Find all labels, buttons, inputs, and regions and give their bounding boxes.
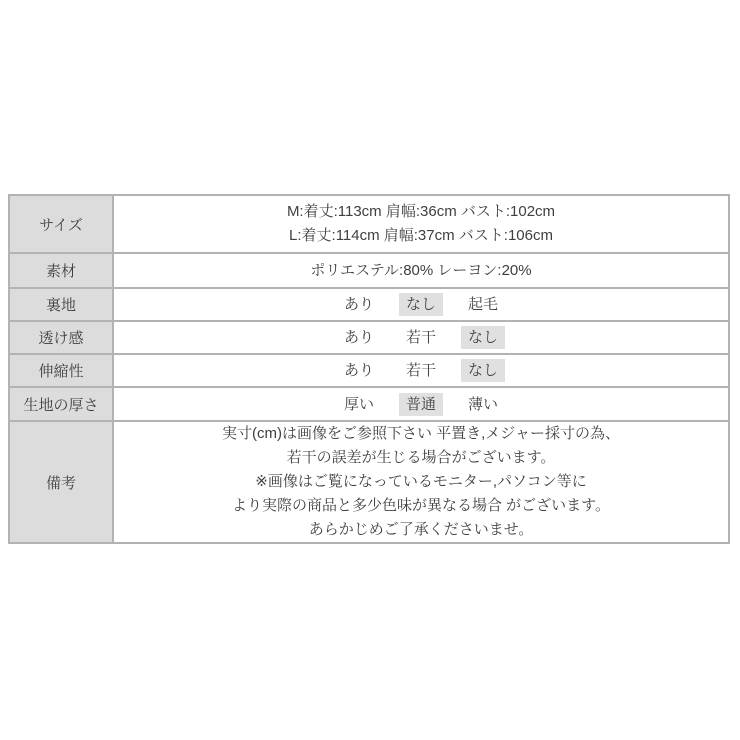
table-row: 裏地 ありなし起毛 [9,288,729,321]
row-label-thickness: 生地の厚さ [9,387,113,421]
row-label-material: 素材 [9,253,113,288]
option-chip: 普通 [399,393,443,416]
size-value-cell: M:着丈:113cm 肩幅:36cm バスト:102cm L:着丈:114cm … [113,195,729,253]
row-label-sheerness: 透け感 [9,321,113,354]
option-chip: あり [337,359,381,382]
option-chip: なし [399,293,443,316]
row-label-stretch: 伸縮性 [9,354,113,387]
page: { "colors": { "page_bg": "#ffffff", "lab… [0,0,740,740]
table-row: サイズ M:着丈:113cm 肩幅:36cm バスト:102cm L:着丈:11… [9,195,729,253]
option-chip: 薄い [461,393,505,416]
lining-value-cell: ありなし起毛 [113,288,729,321]
option-chip: なし [461,359,505,382]
remarks-line: ※画像はご覧になっているモニター,パソコン等に [114,470,728,494]
row-label-size: サイズ [9,195,113,253]
product-spec-table: サイズ M:着丈:113cm 肩幅:36cm バスト:102cm L:着丈:11… [8,194,730,544]
material-value-cell: ポリエステル:80% レーヨン:20% [113,253,729,288]
table-row: 生地の厚さ 厚い普通薄い [9,387,729,421]
size-line-m: M:着丈:113cm 肩幅:36cm バスト:102cm [114,200,728,224]
row-label-remarks: 備考 [9,421,113,543]
table-row: 素材 ポリエステル:80% レーヨン:20% [9,253,729,288]
remarks-line: 若干の誤差が生じる場合がございます。 [114,446,728,470]
row-label-lining: 裏地 [9,288,113,321]
remarks-line: 実寸(cm)は画像をご参照下さい 平置き,メジャー採寸の為、 [114,422,728,446]
option-chip: なし [461,326,505,349]
option-chip: 起毛 [461,293,505,316]
stretch-value-cell: あり若干なし [113,354,729,387]
option-chip: あり [337,293,381,316]
thickness-value-cell: 厚い普通薄い [113,387,729,421]
option-chip: あり [337,326,381,349]
table-row: 備考 実寸(cm)は画像をご参照下さい 平置き,メジャー採寸の為、 若干の誤差が… [9,421,729,543]
remarks-line: あらかじめご了承くださいませ。 [114,518,728,542]
table-row: 伸縮性 あり若干なし [9,354,729,387]
option-chip: 若干 [399,326,443,349]
option-chip: 若干 [399,359,443,382]
option-chip: 厚い [337,393,381,416]
table-row: 透け感 あり若干なし [9,321,729,354]
remarks-line: より実際の商品と多少色味が異なる場合 がございます。 [114,494,728,518]
size-line-l: L:着丈:114cm 肩幅:37cm バスト:106cm [114,224,728,248]
sheerness-value-cell: あり若干なし [113,321,729,354]
material-line: ポリエステル:80% レーヨン:20% [114,259,728,283]
remarks-value-cell: 実寸(cm)は画像をご参照下さい 平置き,メジャー採寸の為、 若干の誤差が生じる… [113,421,729,543]
